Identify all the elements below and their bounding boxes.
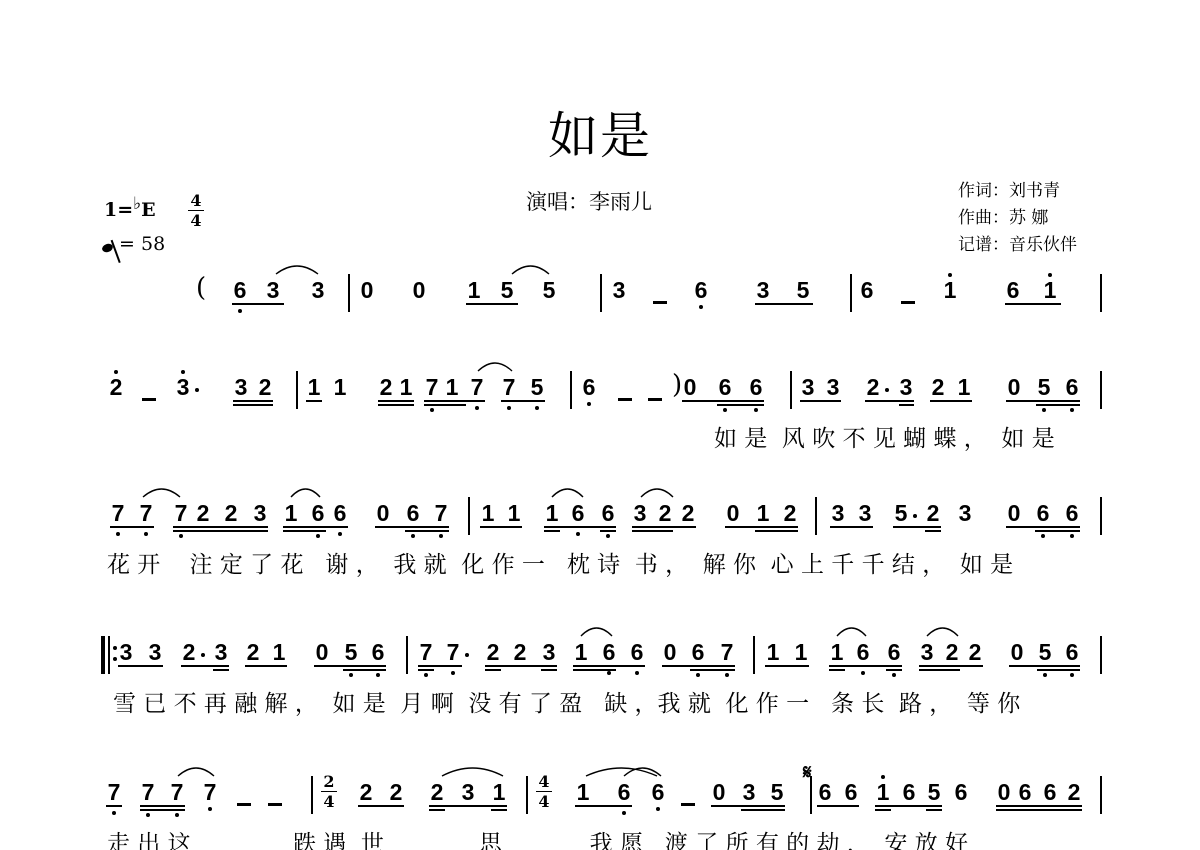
beam-underline bbox=[755, 303, 813, 305]
octave-low-dot bbox=[635, 671, 639, 675]
beam-underline bbox=[140, 809, 185, 811]
beam-underline bbox=[662, 665, 735, 667]
beam-underline bbox=[893, 526, 941, 528]
beam-underline bbox=[919, 665, 983, 667]
beam-underline bbox=[755, 530, 798, 532]
octave-low-dot bbox=[411, 534, 415, 538]
dash-sustain bbox=[901, 301, 915, 304]
beam-underline bbox=[283, 526, 348, 528]
lyric-line: 如 是 风 吹 不 见 蝴 蝶 ， 如 是 bbox=[714, 420, 1055, 453]
dash-sustain bbox=[681, 803, 695, 806]
lyric-line: 雪 已 不 再 融 解 ， 如 是 月 啊 没 有 了 盈 缺 ，我 就 化 作… bbox=[113, 685, 1020, 718]
dash-sustain bbox=[618, 398, 632, 401]
beam-underline bbox=[485, 665, 557, 667]
beam-underline bbox=[480, 526, 522, 528]
octave-low-dot bbox=[112, 811, 116, 815]
beam-underline bbox=[173, 530, 268, 532]
octave-low-dot bbox=[175, 813, 179, 817]
beam-underline bbox=[930, 400, 972, 402]
slur bbox=[291, 489, 320, 497]
composer-credit: 作曲：苏 娜 bbox=[958, 205, 1077, 232]
beam-underline bbox=[996, 805, 1082, 807]
octave-low-dot bbox=[430, 408, 434, 412]
octave-low-dot bbox=[576, 532, 580, 536]
beam-underline bbox=[1035, 530, 1080, 532]
beam-underline bbox=[424, 404, 466, 406]
dash-sustain bbox=[237, 803, 251, 806]
slur-group bbox=[0, 256, 1200, 296]
octave-low-dot bbox=[179, 534, 183, 538]
beam-underline bbox=[632, 526, 696, 528]
beam-underline bbox=[283, 530, 326, 532]
beam-underline bbox=[233, 400, 273, 402]
singer-credit: 演唱：李雨儿 bbox=[526, 186, 652, 216]
octave-low-dot bbox=[699, 305, 703, 309]
octave-low-dot bbox=[1070, 408, 1074, 412]
beam-underline bbox=[717, 404, 764, 406]
beam-underline bbox=[358, 805, 404, 807]
beam-underline bbox=[925, 530, 941, 532]
slur bbox=[641, 489, 673, 497]
beam-underline bbox=[233, 404, 273, 406]
beam-underline bbox=[875, 809, 891, 811]
octave-low-dot bbox=[1042, 408, 1046, 412]
beam-underline bbox=[1006, 526, 1080, 528]
beam-underline bbox=[418, 669, 434, 671]
beam-underline bbox=[429, 809, 445, 811]
beam-underline bbox=[919, 669, 960, 671]
slur bbox=[837, 628, 866, 636]
octave-low-dot bbox=[606, 534, 610, 538]
lyric-line: 走 出 这 跌 遇 世 思 我 愿 渡 了 所 有 的 劫 ， 安 放 好 bbox=[107, 825, 968, 850]
beam-underline bbox=[213, 669, 229, 671]
lyric-line: 花 开 注 定 了 花 谢 ， 我 就 化 作 一 枕 诗 书 ， 解 你 心 … bbox=[107, 546, 1013, 579]
octave-low-dot bbox=[338, 532, 342, 536]
beam-underline bbox=[110, 526, 154, 528]
octave-low-dot bbox=[535, 406, 539, 410]
beam-underline bbox=[573, 665, 645, 667]
lyricist-credit: 作词：刘书青 bbox=[958, 178, 1077, 205]
octave-low-dot bbox=[451, 671, 455, 675]
beam-underline bbox=[424, 400, 485, 402]
octave-low-dot bbox=[1070, 673, 1074, 677]
beam-underline bbox=[173, 526, 268, 528]
beam-underline bbox=[765, 665, 809, 667]
beam-underline bbox=[573, 669, 616, 671]
slur bbox=[581, 628, 612, 636]
octave-low-dot bbox=[424, 673, 428, 677]
beam-underline bbox=[996, 809, 1082, 811]
beam-underline bbox=[1009, 665, 1080, 667]
beam-underline bbox=[600, 530, 616, 532]
time-sig-top: 4 bbox=[190, 191, 201, 210]
beam-underline bbox=[375, 526, 449, 528]
octave-low-dot bbox=[696, 673, 700, 677]
octave-low-dot bbox=[861, 671, 865, 675]
octave-low-dot bbox=[622, 811, 626, 815]
slur bbox=[586, 768, 657, 776]
beam-underline bbox=[800, 400, 841, 402]
flat-icon: ♭ bbox=[133, 194, 141, 214]
beam-underline bbox=[466, 303, 518, 305]
beam-underline bbox=[501, 400, 545, 402]
beam-underline bbox=[690, 669, 735, 671]
slur bbox=[927, 628, 958, 636]
beam-underline bbox=[106, 805, 122, 807]
beam-underline bbox=[181, 665, 229, 667]
octave-low-dot bbox=[723, 408, 727, 412]
beam-underline bbox=[544, 526, 616, 528]
beam-underline bbox=[485, 669, 501, 671]
octave-low-dot bbox=[725, 673, 729, 677]
key-signature: 1=♭E bbox=[104, 199, 156, 221]
beam-underline bbox=[232, 303, 284, 305]
slur-group bbox=[0, 758, 1200, 798]
octave-low-dot bbox=[607, 671, 611, 675]
slur bbox=[512, 266, 549, 274]
beam-underline bbox=[865, 400, 914, 402]
octave-low-dot bbox=[439, 534, 443, 538]
beam-underline bbox=[711, 805, 785, 807]
time-sig-bottom: 4 bbox=[190, 211, 201, 230]
beam-underline bbox=[1037, 669, 1080, 671]
beam-underline bbox=[682, 400, 764, 402]
octave-low-dot bbox=[144, 532, 148, 536]
beam-underline bbox=[140, 805, 185, 807]
tempo-marking: = 58 bbox=[102, 233, 165, 255]
beam-underline bbox=[886, 669, 902, 671]
beam-underline bbox=[926, 809, 942, 811]
octave-low-dot bbox=[754, 408, 758, 412]
beam-underline bbox=[118, 665, 163, 667]
beam-underline bbox=[829, 665, 902, 667]
slur bbox=[143, 489, 180, 497]
octave-low-dot bbox=[208, 807, 212, 811]
beam-underline bbox=[491, 809, 507, 811]
beam-underline bbox=[899, 404, 914, 406]
slur-group bbox=[0, 353, 1200, 393]
dash-sustain bbox=[142, 398, 156, 401]
octave-low-dot bbox=[1041, 534, 1045, 538]
octave-low-dot bbox=[146, 813, 150, 817]
beam-underline bbox=[343, 669, 386, 671]
octave-low-dot bbox=[376, 673, 380, 677]
octave-low-dot bbox=[349, 673, 353, 677]
octave-low-dot bbox=[1043, 673, 1047, 677]
octave-low-dot bbox=[316, 534, 320, 538]
beam-underline bbox=[632, 530, 673, 532]
beam-underline bbox=[429, 805, 507, 807]
beam-underline bbox=[405, 530, 449, 532]
dash-sustain bbox=[653, 301, 667, 304]
octave-low-dot bbox=[892, 673, 896, 677]
octave-low-dot bbox=[1070, 534, 1074, 538]
beam-underline bbox=[378, 404, 414, 406]
octave-low-dot bbox=[116, 532, 120, 536]
slur bbox=[178, 768, 214, 776]
slur bbox=[276, 266, 318, 274]
credits: 作词：刘书青 作曲：苏 娜 记谱：音乐伙伴 bbox=[958, 178, 1077, 259]
octave-low-dot bbox=[475, 406, 479, 410]
beam-underline bbox=[378, 400, 414, 402]
dash-sustain bbox=[648, 398, 662, 401]
octave-low-dot bbox=[656, 807, 660, 811]
octave-low-dot bbox=[507, 406, 511, 410]
beam-underline bbox=[306, 400, 322, 402]
transcriber-credit: 记谱：音乐伙伴 bbox=[958, 232, 1077, 259]
beam-underline bbox=[1005, 303, 1061, 305]
slur bbox=[442, 768, 503, 776]
key-letter: E bbox=[141, 199, 155, 221]
beam-underline bbox=[314, 665, 386, 667]
beam-underline bbox=[830, 526, 873, 528]
slur bbox=[552, 489, 583, 497]
beam-underline bbox=[1006, 400, 1080, 402]
time-signature: 4 4 bbox=[188, 192, 204, 229]
beam-underline bbox=[817, 805, 859, 807]
beam-underline bbox=[1036, 404, 1080, 406]
beam-underline bbox=[541, 669, 557, 671]
octave-low-dot bbox=[238, 309, 242, 313]
quarter-note-icon bbox=[101, 242, 114, 253]
key-prefix: 1= bbox=[104, 199, 133, 221]
beam-underline bbox=[875, 805, 942, 807]
beam-underline bbox=[725, 526, 798, 528]
dash-sustain bbox=[268, 803, 282, 806]
beam-underline bbox=[575, 805, 632, 807]
beam-underline bbox=[544, 530, 560, 532]
song-title: 如是 bbox=[0, 96, 1200, 168]
tempo-value: = 58 bbox=[119, 233, 165, 255]
octave-low-dot bbox=[587, 402, 591, 406]
slur bbox=[478, 363, 512, 371]
slur-group bbox=[0, 479, 1200, 519]
slur-group bbox=[0, 618, 1200, 658]
beam-underline bbox=[245, 665, 287, 667]
beam-underline bbox=[741, 809, 785, 811]
beam-underline bbox=[418, 665, 462, 667]
beam-underline bbox=[829, 669, 845, 671]
